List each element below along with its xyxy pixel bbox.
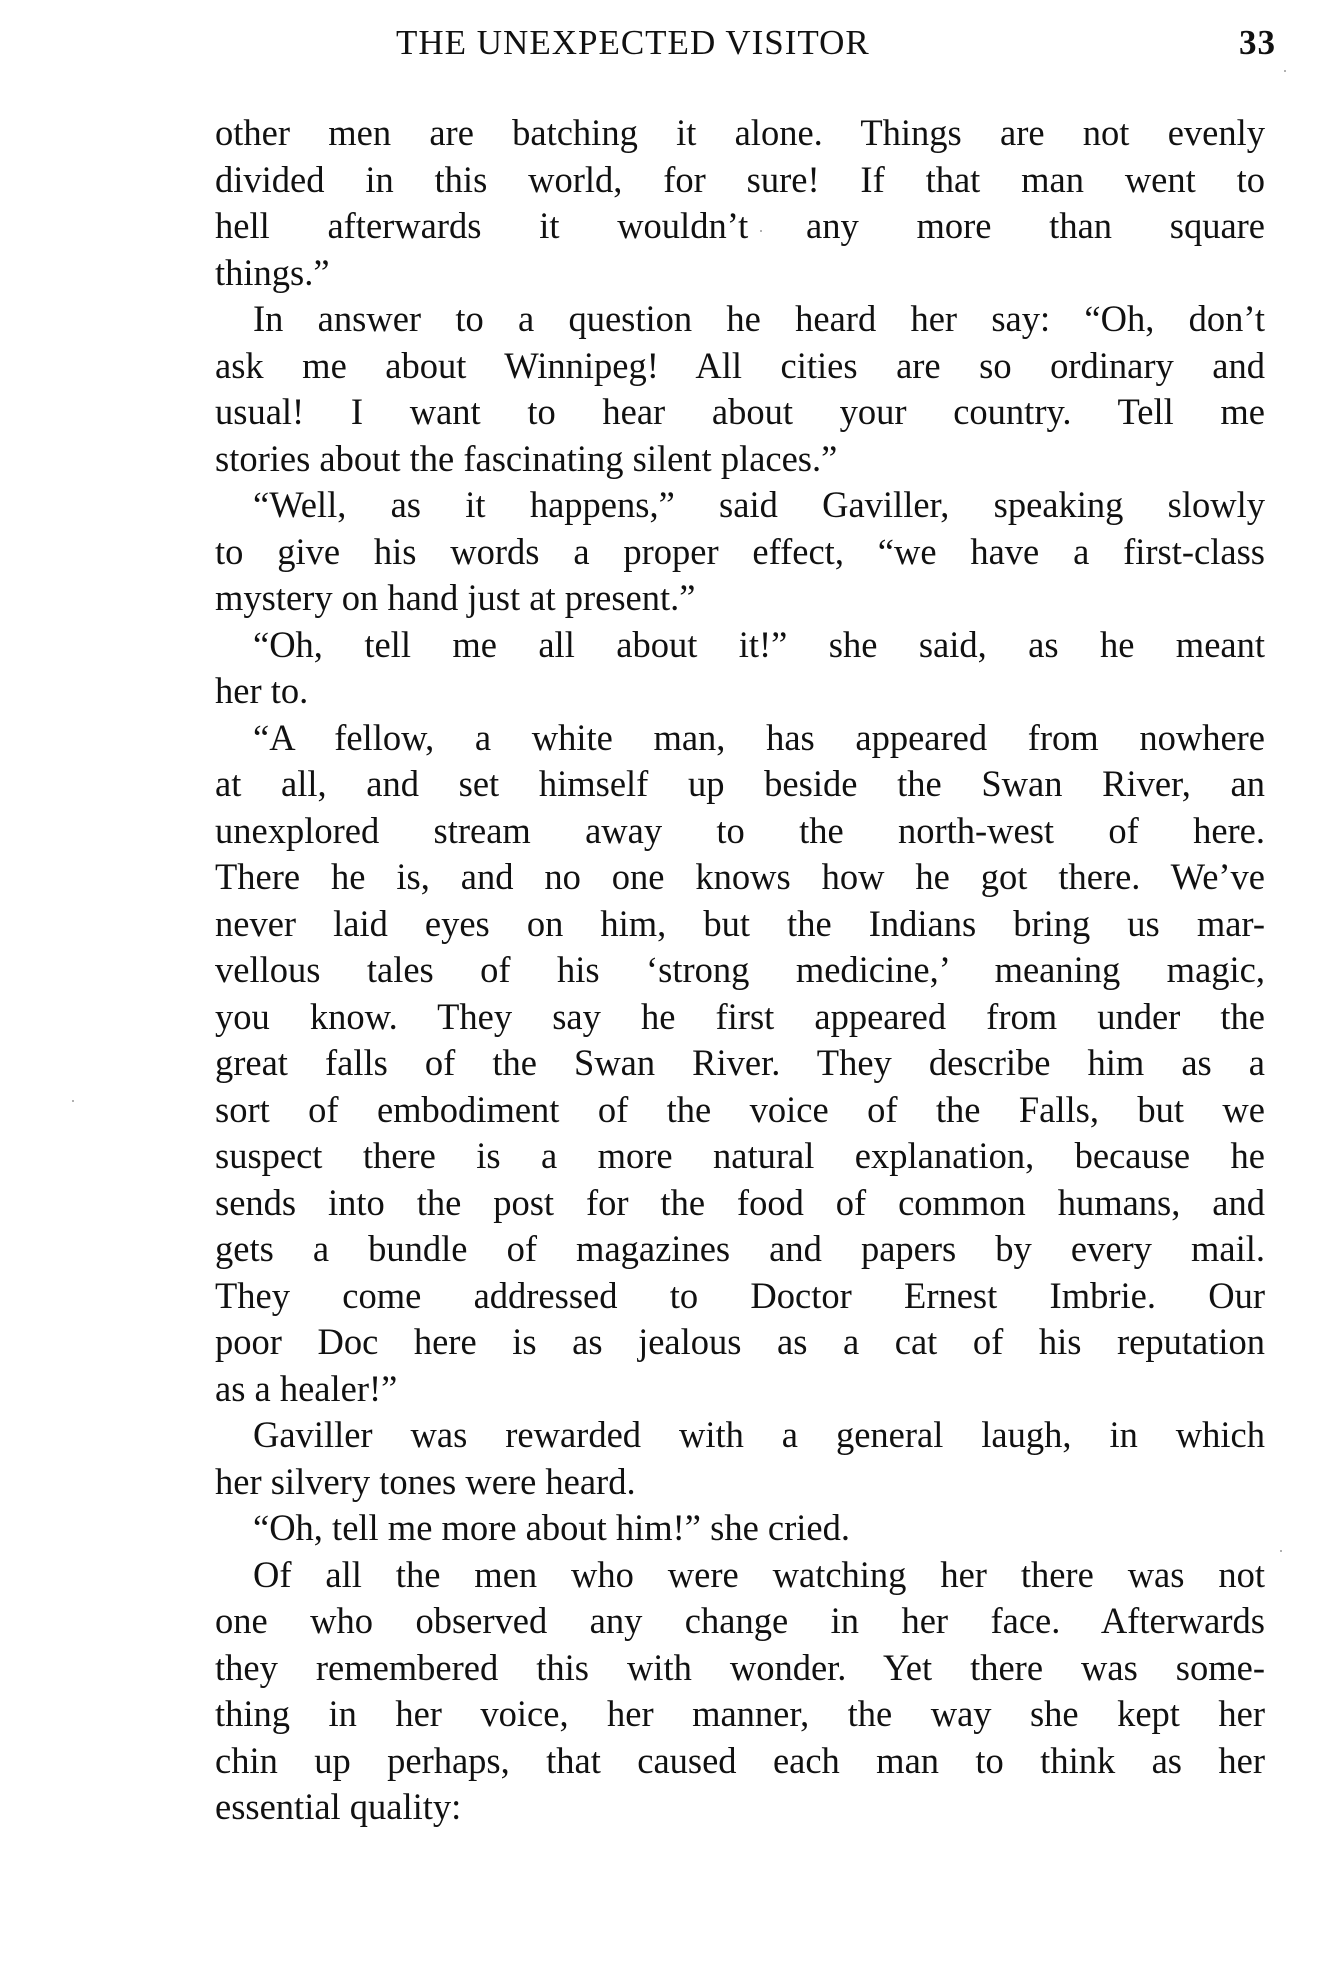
text-line: They come addressed to Doctor Ernest Imb… xyxy=(215,1273,1265,1320)
text-line: There he is, and no one knows how he got… xyxy=(215,854,1265,901)
text-line: Gaviller was rewarded with a general lau… xyxy=(215,1412,1265,1459)
text-line: usual! I want to hear about your country… xyxy=(215,389,1265,436)
text-line: mystery on hand just at present.” xyxy=(215,575,1265,622)
chapter-title: THE UNEXPECTED VISITOR xyxy=(396,18,870,68)
text-line: vellous tales of his ‘strong medicine,’ … xyxy=(215,947,1265,994)
page-number: 33 xyxy=(1239,18,1276,68)
text-line: other men are batching it alone. Things … xyxy=(215,110,1265,157)
text-line: stories about the fascinating silent pla… xyxy=(215,436,1265,483)
text-line: gets a bundle of magazines and papers by… xyxy=(215,1226,1265,1273)
text-line: “Oh, tell me all about it!” she said, as… xyxy=(215,622,1265,669)
text-line: they remembered this with wonder. Yet th… xyxy=(215,1645,1265,1692)
text-line: one who observed any change in her face.… xyxy=(215,1598,1265,1645)
text-line: hell afterwards it wouldn’t any more tha… xyxy=(215,203,1265,250)
text-line: Of all the men who were watching her the… xyxy=(215,1552,1265,1599)
text-line: never laid eyes on him, but the Indians … xyxy=(215,901,1265,948)
running-head: THE UNEXPECTED VISITOR 33 xyxy=(396,18,1276,68)
text-line: her to. xyxy=(215,668,1265,715)
text-line: essential quality: xyxy=(215,1784,1265,1831)
text-line: poor Doc here is as jealous as a cat of … xyxy=(215,1319,1265,1366)
text-line: sends into the post for the food of comm… xyxy=(215,1180,1265,1227)
print-speck xyxy=(72,1100,74,1102)
text-line: as a healer!” xyxy=(215,1366,1265,1413)
text-line: at all, and set himself up beside the Sw… xyxy=(215,761,1265,808)
text-line: sort of embodiment of the voice of the F… xyxy=(215,1087,1265,1134)
text-line: things.” xyxy=(215,250,1265,297)
text-line: thing in her voice, her manner, the way … xyxy=(215,1691,1265,1738)
body-text: other men are batching it alone. Things … xyxy=(215,110,1265,1831)
print-speck xyxy=(760,230,762,232)
print-speck xyxy=(1284,70,1286,72)
text-line: her silvery tones were heard. xyxy=(215,1459,1265,1506)
text-line: “Well, as it happens,” said Gaviller, sp… xyxy=(215,482,1265,529)
print-speck xyxy=(1280,1550,1282,1552)
text-line: divided in this world, for sure! If that… xyxy=(215,157,1265,204)
text-line: you know. They say he first appeared fro… xyxy=(215,994,1265,1041)
text-line: ask me about Winnipeg! All cities are so… xyxy=(215,343,1265,390)
text-line: to give his words a proper effect, “we h… xyxy=(215,529,1265,576)
text-line: In answer to a question he heard her say… xyxy=(215,296,1265,343)
text-line: chin up perhaps, that caused each man to… xyxy=(215,1738,1265,1785)
text-line: unexplored stream away to the north-west… xyxy=(215,808,1265,855)
book-page: THE UNEXPECTED VISITOR 33 other men are … xyxy=(0,0,1330,1964)
text-line: “A fellow, a white man, has appeared fro… xyxy=(215,715,1265,762)
text-line: great falls of the Swan River. They desc… xyxy=(215,1040,1265,1087)
text-line: suspect there is a more natural explanat… xyxy=(215,1133,1265,1180)
text-line: “Oh, tell me more about him!” she cried. xyxy=(215,1505,1265,1552)
